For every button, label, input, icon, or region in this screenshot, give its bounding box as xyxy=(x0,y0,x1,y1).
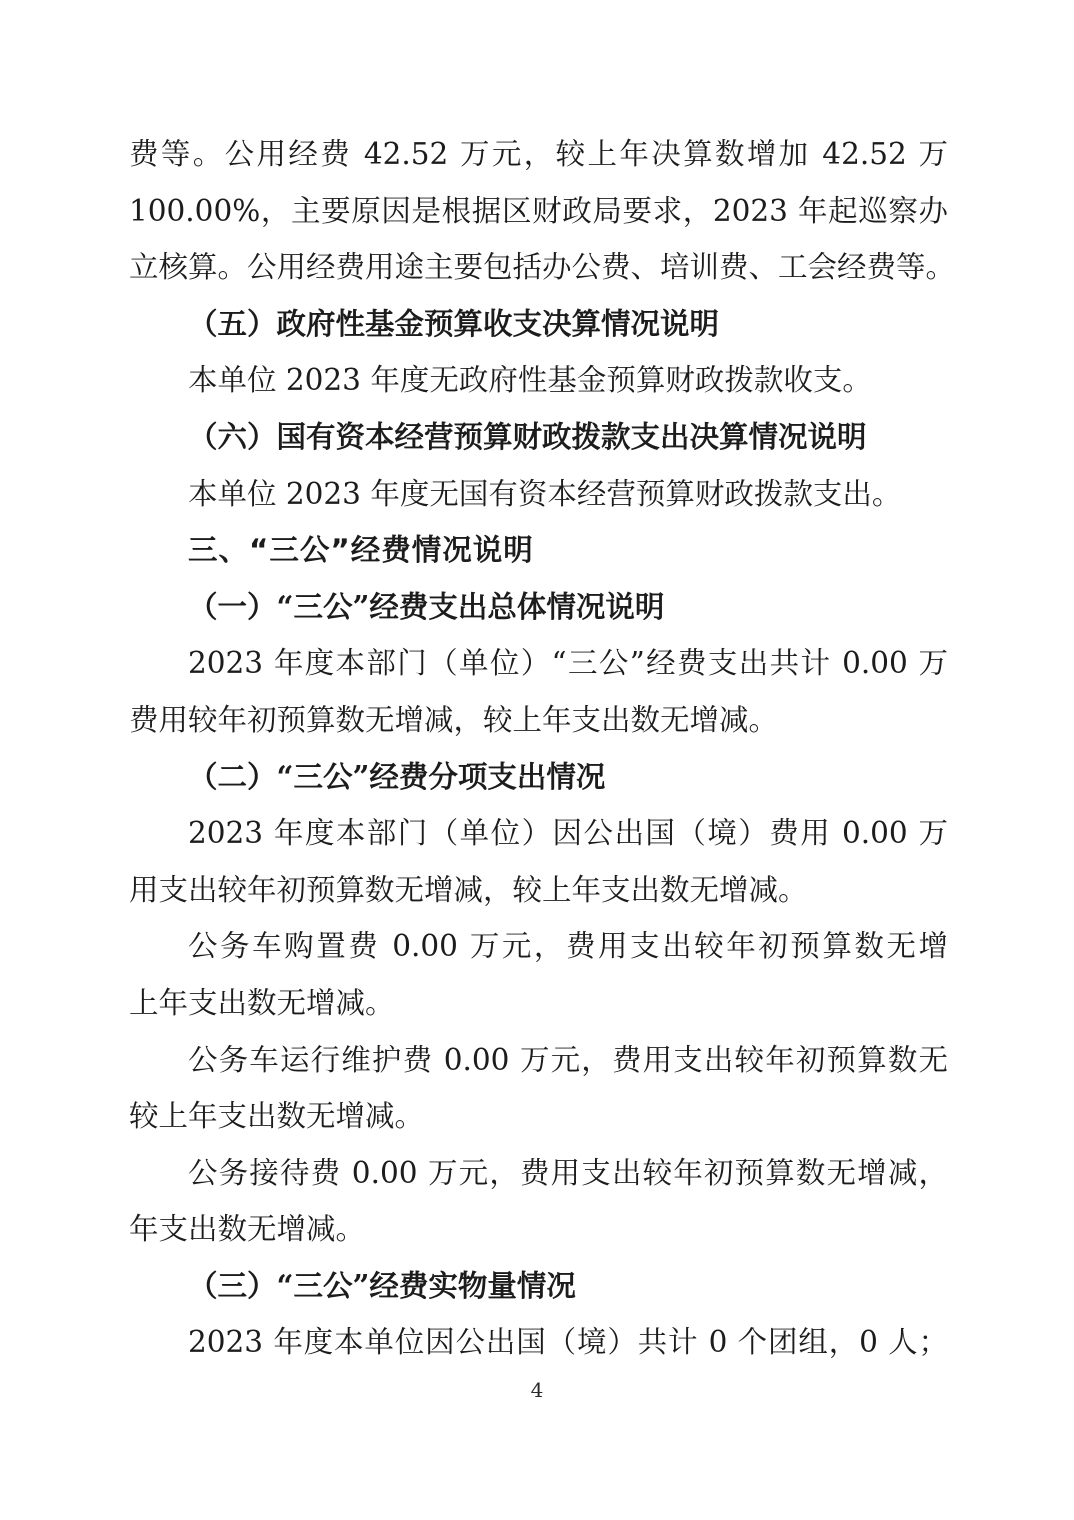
text-line: 公务车购置费 0.00 万元，费用支出较年初预算数无增减，较 xyxy=(129,918,948,975)
text-line: 本单位 2023 年度无政府性基金预算财政拨款收支。 xyxy=(129,352,948,409)
text-line: 2023 年度本部门（单位）“三公”经费支出共计 0.00 万元， xyxy=(129,635,948,692)
text-line: 年支出数无增减。 xyxy=(129,1201,948,1258)
text-line: 2023 年度本部门（单位）因公出国（境）费用 0.00 万元，费 xyxy=(129,805,948,862)
section-heading: 三、“三公”经费情况说明 xyxy=(129,522,948,579)
section-heading: （二）“三公”经费分项支出情况 xyxy=(129,749,948,806)
text-line: 公务车运行维护费 0.00 万元，费用支出较年初预算数无增减， xyxy=(129,1032,948,1089)
page-number: 4 xyxy=(0,1376,1074,1404)
text-line: 立核算。公用经费用途主要包括办公费、培训费、工会经费等。 xyxy=(129,239,948,296)
section-heading: （一）“三公”经费支出总体情况说明 xyxy=(129,579,948,636)
section-heading: （三）“三公”经费实物量情况 xyxy=(129,1258,948,1315)
text-line: 上年支出数无增减。 xyxy=(129,975,948,1032)
text-line: 费等。公用经费 42.52 万元，较上年决算数增加 42.52 万元，增长 xyxy=(129,126,948,183)
text-line: 2023 年度本单位因公出国（境）共计 0 个团组，0 人；公务 xyxy=(129,1314,948,1371)
document-page: 费等。公用经费 42.52 万元，较上年决算数增加 42.52 万元，增长100… xyxy=(0,0,1074,1520)
document-body: 费等。公用经费 42.52 万元，较上年决算数增加 42.52 万元，增长100… xyxy=(129,126,948,1371)
text-line: 本单位 2023 年度无国有资本经营预算财政拨款支出。 xyxy=(129,466,948,523)
text-line: 较上年支出数无增减。 xyxy=(129,1088,948,1145)
section-heading: （五）政府性基金预算收支决算情况说明 xyxy=(129,296,948,353)
text-line: 公务接待费 0.00 万元，费用支出较年初预算数无增减，较上 xyxy=(129,1145,948,1202)
text-line: 用支出较年初预算数无增减，较上年支出数无增减。 xyxy=(129,862,948,919)
text-line: 100.00%，主要原因是根据区财政局要求，2023 年起巡察办财务独 xyxy=(129,183,948,240)
section-heading: （六）国有资本经营预算财政拨款支出决算情况说明 xyxy=(129,409,948,466)
text-line: 费用较年初预算数无增减，较上年支出数无增减。 xyxy=(129,692,948,749)
